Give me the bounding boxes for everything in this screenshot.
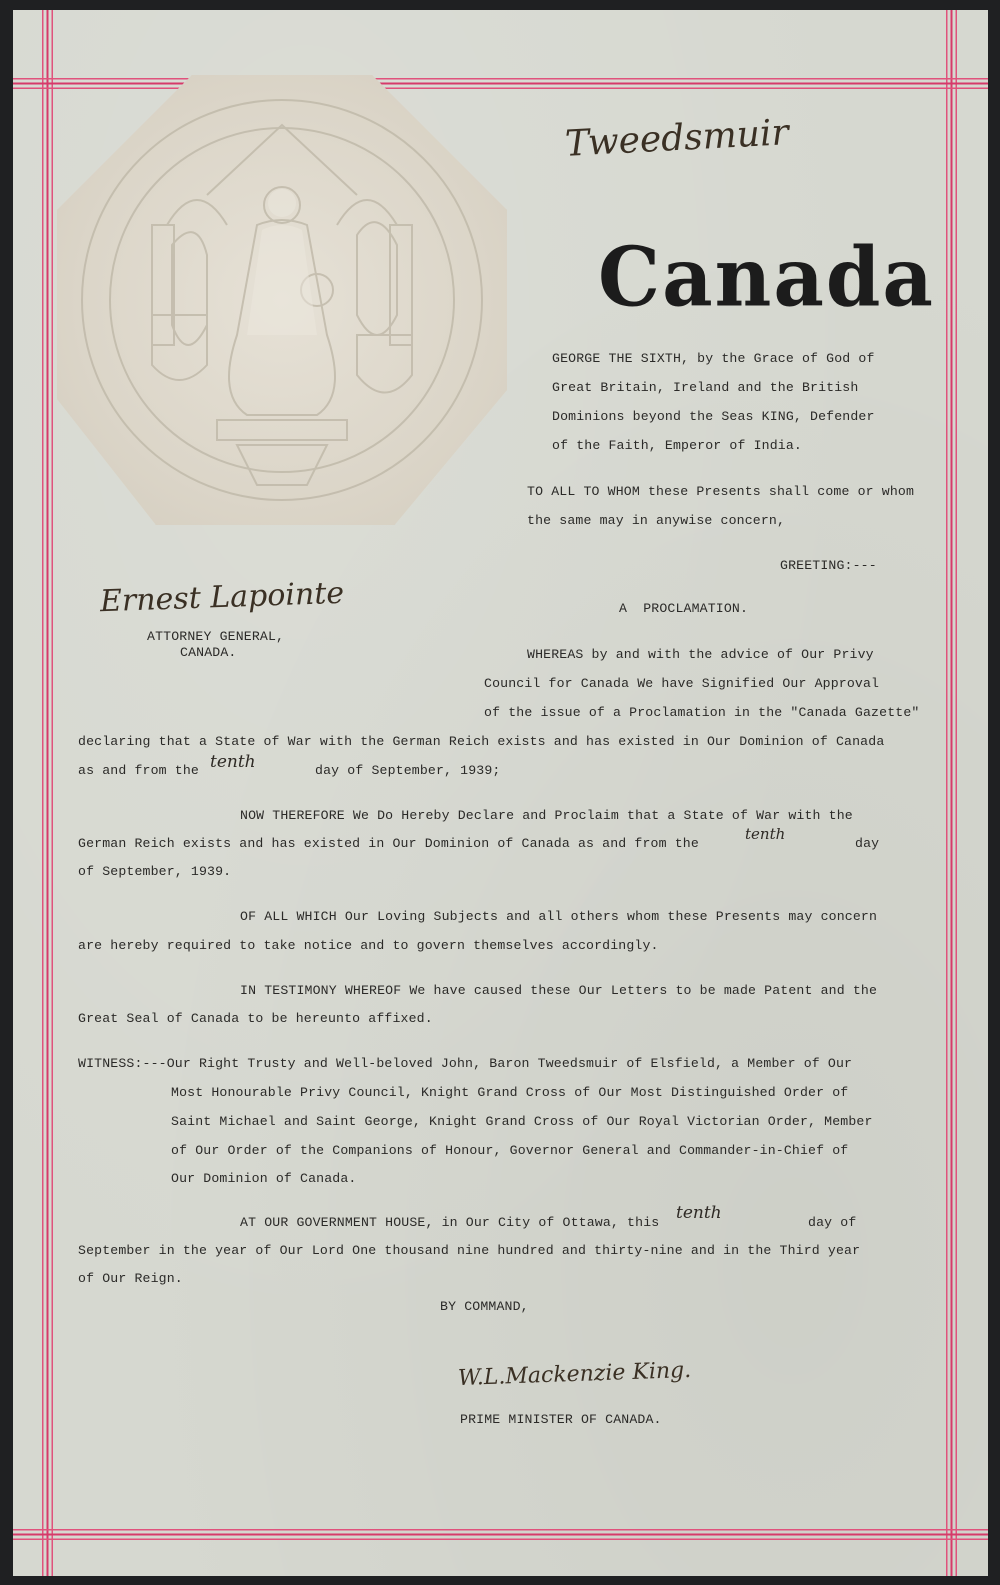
great-seal-of-canada <box>57 75 507 525</box>
witness-line-5: Our Dominion of Canada. <box>171 1164 356 1193</box>
in-testimony-line-2: Great Seal of Canada to be hereunto affi… <box>78 1004 433 1033</box>
attorney-general-country: CANADA. <box>180 645 236 661</box>
of-all-which-line-1: OF ALL WHICH Our Loving Subjects and all… <box>240 902 877 931</box>
now-therefore-line-2-suffix: day <box>855 829 879 858</box>
in-testimony-line-1: IN TESTIMONY WHEREOF We have caused thes… <box>240 976 877 1005</box>
address-line-2: the same may in anywise concern, <box>527 506 785 535</box>
sovereign-line-1: GEORGE THE SIXTH, by the Grace of God of <box>552 344 875 373</box>
witness-line-4: of Our Order of the Companions of Honour… <box>171 1136 848 1165</box>
government-house-line-2: September in the year of Our Lord One th… <box>78 1236 860 1265</box>
sovereign-line-2: Great Britain, Ireland and the British <box>552 373 858 402</box>
greeting: GREETING:--- <box>780 551 877 580</box>
witness-line-3: Saint Michael and Saint George, Knight G… <box>171 1107 873 1136</box>
now-therefore-line-2-prefix: German Reich exists and has existed in O… <box>78 829 699 858</box>
whereas-line-3: of the issue of a Proclamation in the "C… <box>484 698 919 727</box>
government-house-line-1-suffix: day of <box>808 1208 856 1237</box>
whereas-line-5-suffix: day of September, 1939; <box>315 756 500 785</box>
whereas-line-5-prefix: as and from the <box>78 756 199 785</box>
handwritten-day-2: tenth <box>745 825 785 843</box>
handwritten-day-3: tenth <box>676 1203 722 1223</box>
whereas-line-4: declaring that a State of War with the G… <box>78 727 884 756</box>
now-therefore-line-3: of September, 1939. <box>78 857 231 886</box>
handwritten-day-1: tenth <box>210 752 256 772</box>
witness-line-2: Most Honourable Privy Council, Knight Gr… <box>171 1078 848 1107</box>
document-title: Canada <box>598 230 935 326</box>
whereas-line-2: Council for Canada We have Signified Our… <box>484 669 879 698</box>
proclamation-heading: A PROCLAMATION. <box>619 594 748 623</box>
whereas-line-1: WHEREAS by and with the advice of Our Pr… <box>527 640 874 669</box>
sovereign-line-3: Dominions beyond the Seas KING, Defender <box>552 402 875 431</box>
prime-minister-title: PRIME MINISTER OF CANADA. <box>460 1405 662 1434</box>
of-all-which-line-2: are hereby required to take notice and t… <box>78 931 659 960</box>
address-line-1: TO ALL TO WHOM these Presents shall come… <box>527 477 914 506</box>
government-house-line-1-prefix: AT OUR GOVERNMENT HOUSE, in Our City of … <box>240 1208 659 1237</box>
witness-line-1: WITNESS:---Our Right Trusty and Well-bel… <box>78 1049 852 1078</box>
seal-emboss-icon <box>57 75 507 525</box>
sovereign-line-4: of the Faith, Emperor of India. <box>552 431 802 460</box>
government-house-line-3: of Our Reign. <box>78 1264 183 1293</box>
attorney-general-title: ATTORNEY GENERAL, <box>147 629 284 645</box>
by-command: BY COMMAND, <box>440 1292 529 1321</box>
